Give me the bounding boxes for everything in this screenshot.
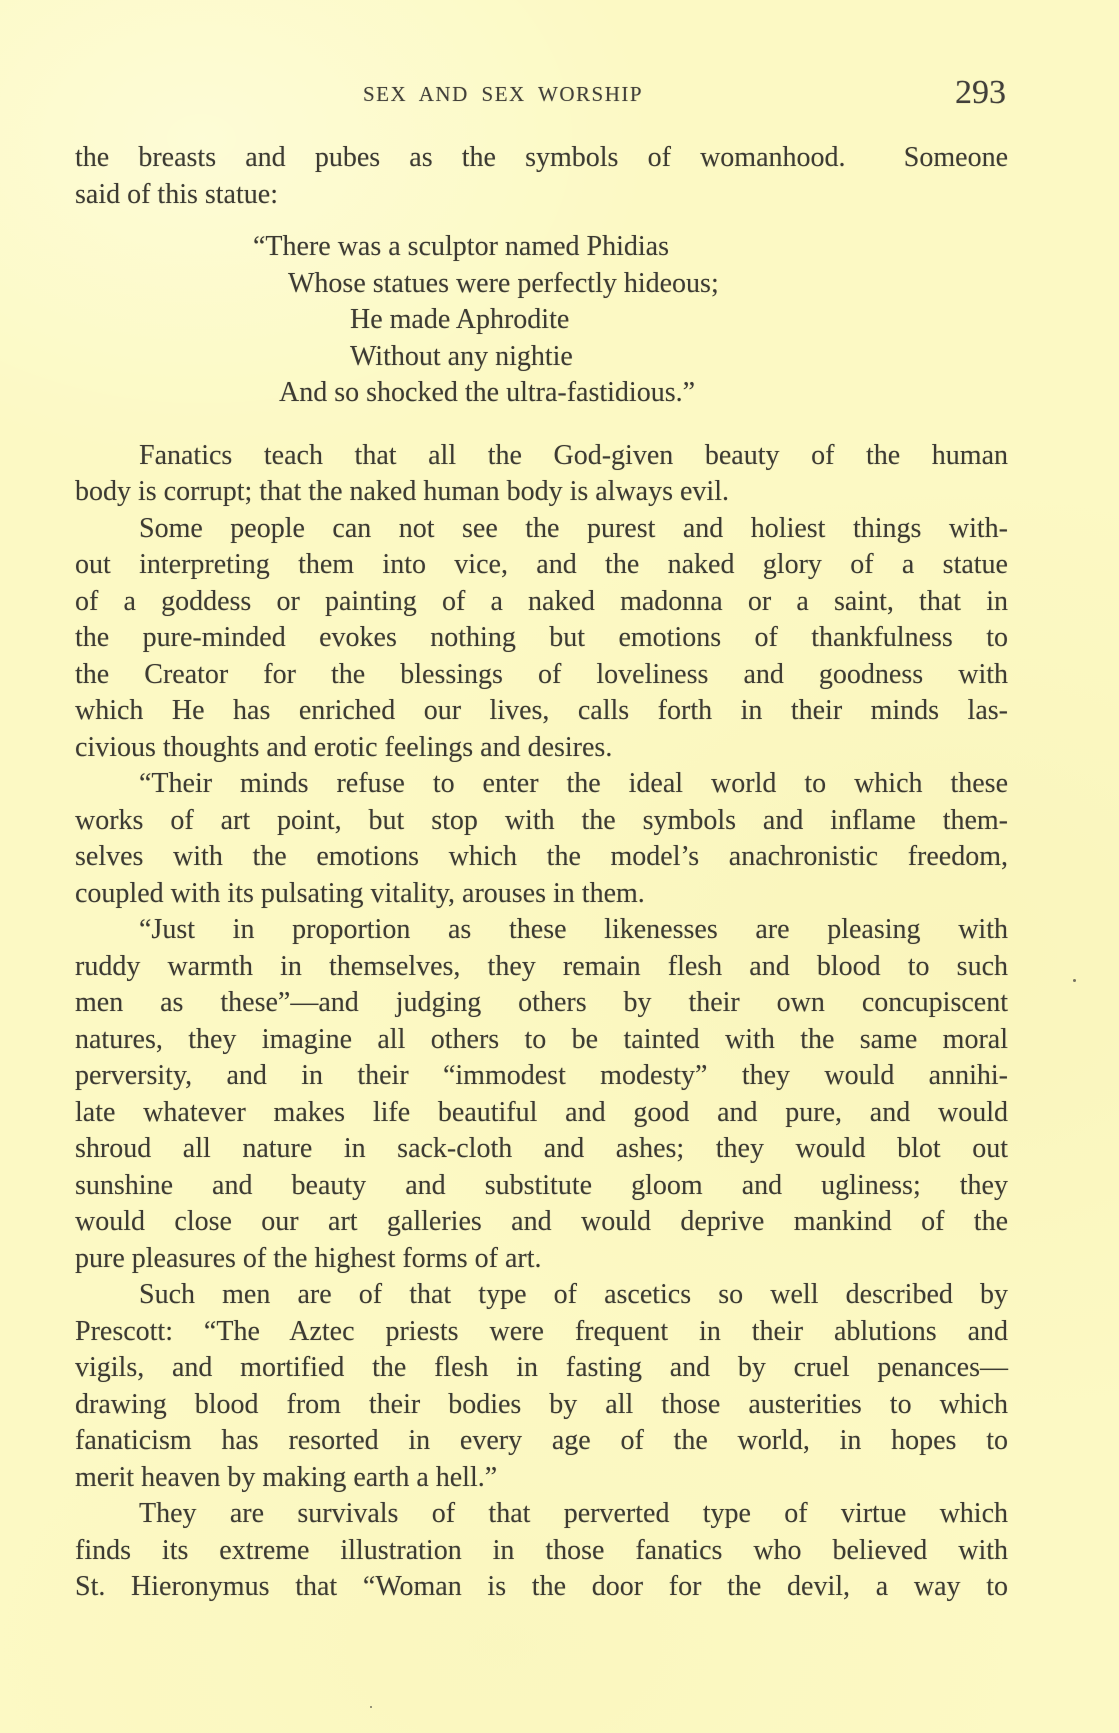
verse-line: Whose statues were perfectly hideous; — [288, 266, 1008, 303]
text-line: They are survivals of that perverted typ… — [75, 1496, 1008, 1533]
paragraph: “Their minds refuse to enter the ideal w… — [75, 766, 1008, 912]
text-line: selves with the emotions which the model… — [75, 839, 1008, 876]
page-number: 293 — [955, 74, 1006, 112]
text-line: “Just in proportion as these likenesses … — [75, 912, 1008, 949]
text-line: drawing blood from their bodies by all t… — [75, 1387, 1008, 1424]
text-line: natures, they imagine all others to be t… — [75, 1022, 1008, 1059]
text-line: pure pleasures of the highest forms of a… — [75, 1241, 1008, 1278]
text-line: of a goddess or painting of a naked mado… — [75, 584, 1008, 621]
text-line: Such men are of that type of ascetics so… — [75, 1277, 1008, 1314]
verse-line: “There was a sculptor named Phidias — [253, 229, 1008, 266]
text-line: coupled with its pulsating vitality, aro… — [75, 876, 1008, 913]
text-line: Prescott: “The Aztec priests were freque… — [75, 1314, 1008, 1351]
text-line: men as these”—and judging others by thei… — [75, 985, 1008, 1022]
verse-line: He made Aphrodite — [350, 302, 1008, 339]
book-page: SEX AND SEX WORSHIP 293 the breasts and … — [0, 0, 1119, 1733]
text-line: the pure-minded evokes nothing but emoti… — [75, 620, 1008, 657]
text-line: civious thoughts and erotic feelings and… — [75, 730, 1008, 767]
body-text: the breasts and pubes as the symbols of … — [75, 140, 1008, 1606]
text-line: finds its extreme illustration in those … — [75, 1533, 1008, 1570]
text-line: late whatever makes life beautiful and g… — [75, 1095, 1008, 1132]
text-line: said of this statue: — [75, 177, 1008, 214]
paragraph: Some people can not see the purest and h… — [75, 511, 1008, 767]
text-line: which He has enriched our lives, calls f… — [75, 693, 1008, 730]
text-line: works of art point, but stop with the sy… — [75, 803, 1008, 840]
verse-stanza: “There was a sculptor named PhidiasWhose… — [75, 229, 1008, 412]
paragraph: “Just in proportion as these likenesses … — [75, 912, 1008, 1277]
text-line: perversity, and in their “immodest modes… — [75, 1058, 1008, 1095]
verse-line: And so shocked the ultra-fastidious.” — [279, 375, 1008, 412]
paragraph: the breasts and pubes as the symbols of … — [75, 140, 1008, 213]
text-line: shroud all nature in sack-cloth and ashe… — [75, 1131, 1008, 1168]
text-line: vigils, and mortified the flesh in fasti… — [75, 1350, 1008, 1387]
text-line: fanaticism has resorted in every age of … — [75, 1423, 1008, 1460]
text-line: sunshine and beauty and substitute gloom… — [75, 1168, 1008, 1205]
verse-line: Without any nightie — [350, 339, 1008, 376]
text-line: body is corrupt; that the naked human bo… — [75, 474, 1008, 511]
paragraph: Fanatics teach that all the God-given be… — [75, 438, 1008, 511]
page-header-title: SEX AND SEX WORSHIP — [363, 82, 643, 107]
text-line: the Creator for the blessings of lovelin… — [75, 657, 1008, 694]
text-line: merit heaven by making earth a hell.” — [75, 1460, 1008, 1497]
text-line: St. Hieronymus that “Woman is the door f… — [75, 1569, 1008, 1606]
text-line: would close our art galleries and would … — [75, 1204, 1008, 1241]
text-line: Fanatics teach that all the God-given be… — [75, 438, 1008, 475]
text-line: ruddy warmth in themselves, they remain … — [75, 949, 1008, 986]
paragraph: They are survivals of that perverted typ… — [75, 1496, 1008, 1606]
text-line: the breasts and pubes as the symbols of … — [75, 140, 1008, 177]
ink-speck — [370, 1706, 372, 1708]
paragraph: Such men are of that type of ascetics so… — [75, 1277, 1008, 1496]
text-line: “Their minds refuse to enter the ideal w… — [75, 766, 1008, 803]
text-line: out interpreting them into vice, and the… — [75, 547, 1008, 584]
ink-speck — [1073, 979, 1076, 982]
text-line: Some people can not see the purest and h… — [75, 511, 1008, 548]
